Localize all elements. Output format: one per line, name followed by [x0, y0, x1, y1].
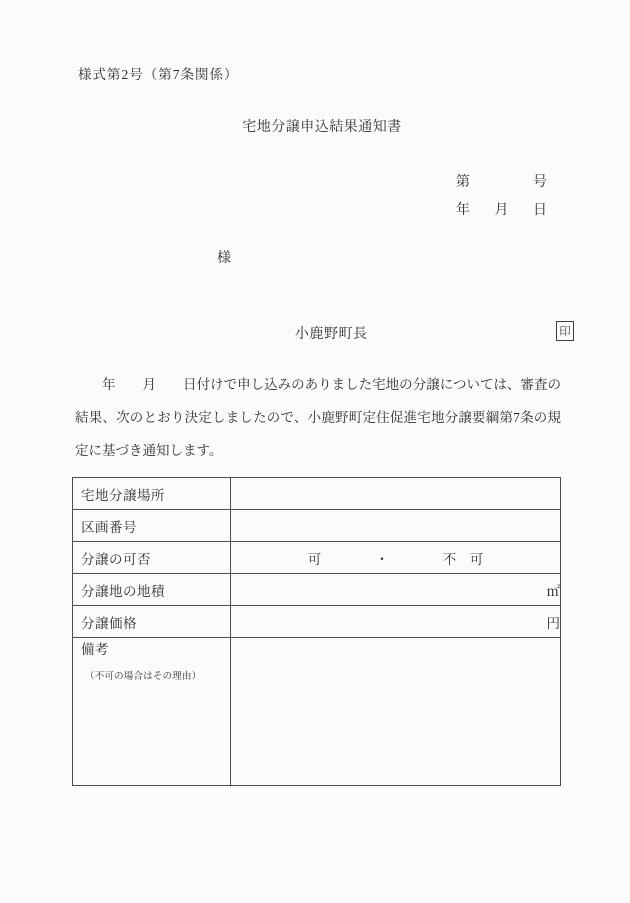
table-row: 分譲地の地積 ㎡ — [73, 574, 561, 606]
row-label: 分譲価格 — [73, 606, 231, 638]
table-row: 宅地分譲場所 — [73, 478, 561, 510]
doc-number-prefix: 第 — [456, 171, 470, 191]
row-label: 宅地分譲場所 — [73, 478, 231, 510]
row-label: 分譲地の地積 — [73, 574, 231, 606]
body-line-2: 結果、次のとおり決定しましたので、小鹿野町定住促進宅地分譲要綱第7条の規 — [75, 401, 561, 434]
doc-number-suffix: 号 — [533, 171, 547, 191]
form-number: 様式第2号（第7条関係） — [78, 63, 239, 83]
seal-placeholder-icon: 印 — [556, 321, 574, 341]
date-day-label: 日 — [533, 199, 547, 219]
remarks-label: 備考 — [81, 638, 230, 658]
body-paragraph: 年 月 日付けで申し込みのありました宅地の分譲については、審査の 結果、次のとお… — [75, 368, 561, 467]
body-line-1: 年 月 日付けで申し込みのありました宅地の分譲については、審査の — [75, 368, 561, 401]
row-value-unit: ㎡ — [231, 574, 561, 606]
row-value-blank — [231, 638, 561, 786]
document-title: 宅地分譲申込結果通知書 — [0, 116, 630, 136]
row-label: 分譲の可否 — [73, 542, 231, 574]
sender-name: 小鹿野町長 — [295, 327, 368, 342]
table-row: 備考 （不可の場合はその理由） — [73, 638, 561, 786]
row-value-blank — [231, 478, 561, 510]
result-table: 宅地分譲場所 区画番号 分譲の可否 可 ・ 不 可 分譲地の地積 ㎡ 分譲価格 … — [72, 477, 561, 786]
row-value-blank — [231, 510, 561, 542]
addressee-honorific: 様 — [217, 247, 231, 267]
table-row: 分譲価格 円 — [73, 606, 561, 638]
row-label-remarks: 備考 （不可の場合はその理由） — [73, 638, 231, 786]
table-row: 区画番号 — [73, 510, 561, 542]
document-number-line: 第 号 — [456, 171, 547, 191]
row-label: 区画番号 — [73, 510, 231, 542]
date-line: 年 月 日 — [456, 199, 547, 219]
sender-line: 小鹿野町長 印 — [295, 323, 560, 343]
body-line-3: 定に基づき通知します。 — [75, 434, 561, 467]
seal-character: 印 — [559, 323, 571, 339]
date-year-label: 年 — [456, 199, 470, 219]
document-page: 様式第2号（第7条関係） 宅地分譲申込結果通知書 第 号 年 月 日 様 小鹿野… — [0, 0, 630, 903]
date-month-label: 月 — [495, 199, 509, 219]
row-value-options: 可 ・ 不 可 — [231, 542, 561, 574]
remarks-note: （不可の場合はその理由） — [81, 658, 230, 682]
row-value-unit: 円 — [231, 606, 561, 638]
table-row: 分譲の可否 可 ・ 不 可 — [73, 542, 561, 574]
